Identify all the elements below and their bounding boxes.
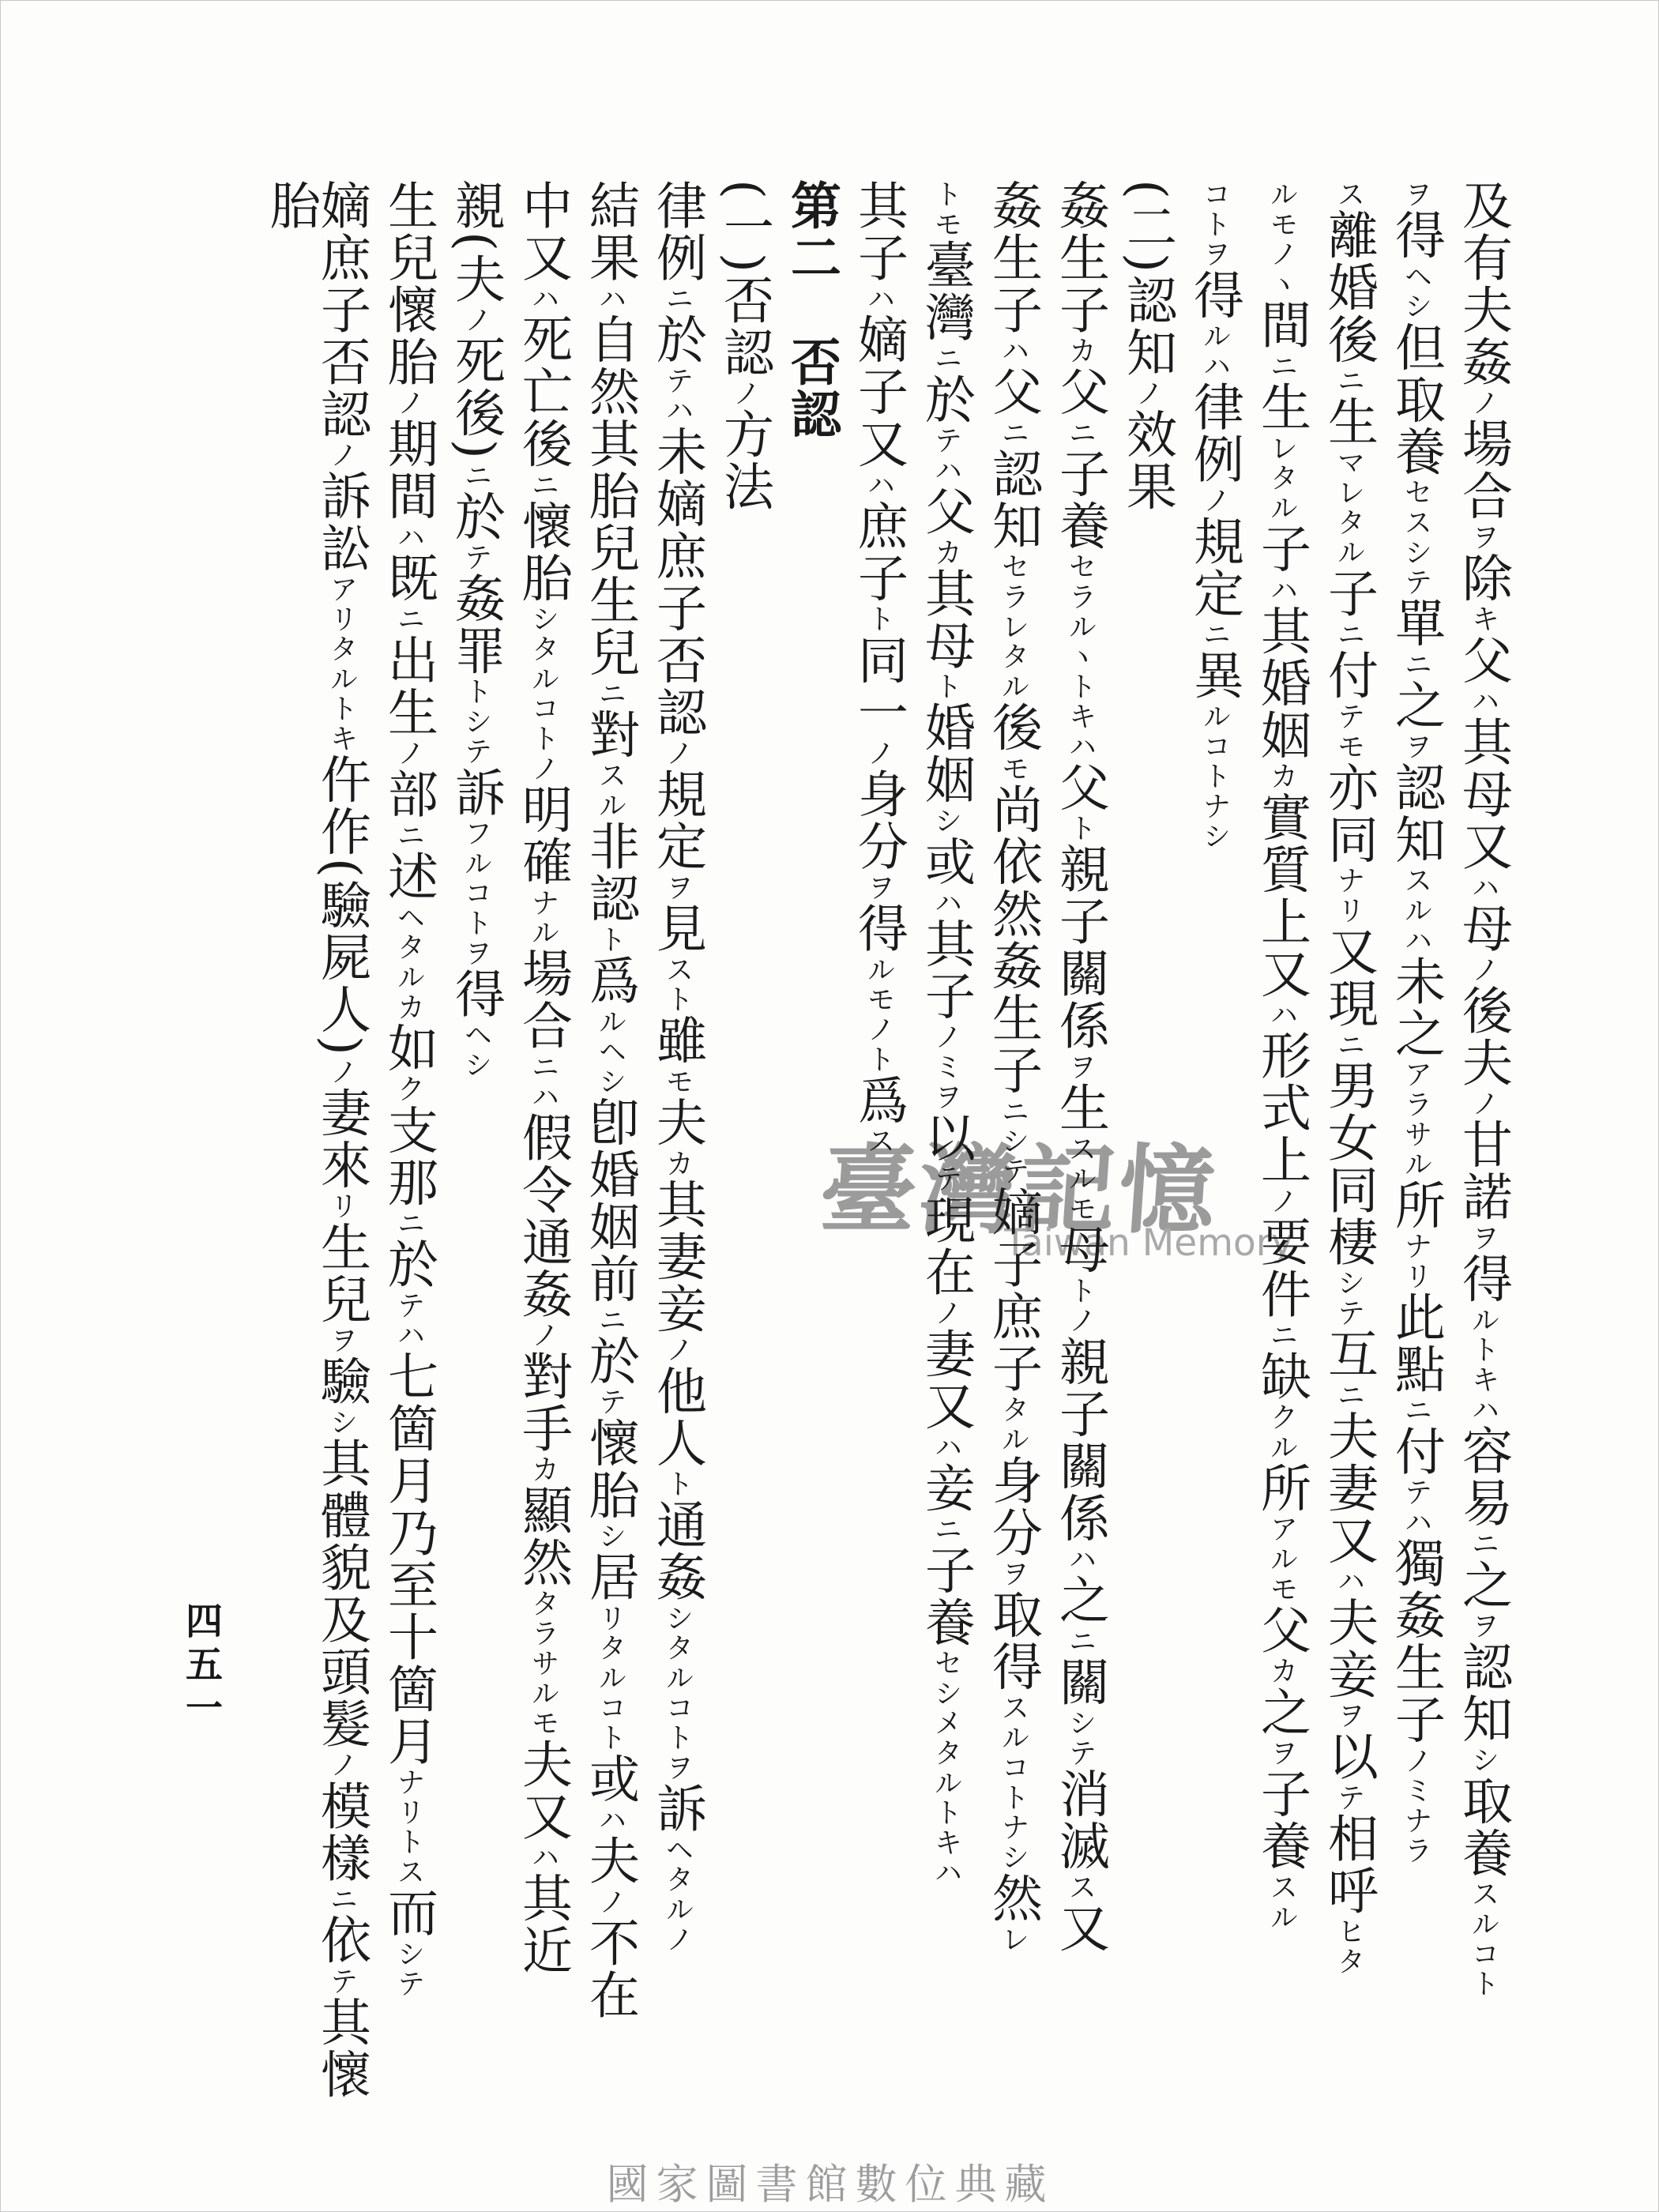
footer-library-credit: 國家圖書館數位典藏	[1, 2151, 1659, 2211]
text-column: ヲ得ヘシ但取養セスシテ單ニ之ヲ認知スルハ未之アラサル所ナリ此點ニ付テハ獨姦生子ノ…	[1390, 179, 1441, 2107]
text-column: ルモノヽ間ニ生レタル子ハ其婚姻カ實質上又ハ形式上ノ要件ニ缺クル所アルモ父カ之ヲ子…	[1256, 179, 1307, 2107]
text-column: 其子ハ嫡子又ハ庶子ト同一ノ身分ヲ得ルモノト爲ス	[853, 179, 904, 2107]
text-column: 生兒懷胎ノ期間ハ既ニ出生ノ部ニ述ヘタルカ如ク支那ニ於テハ七箇月乃至十箇月ナリトス…	[383, 179, 434, 2107]
scanned-document-page: 臺灣記憶 Taiwan Memory 及有夫姦ノ場合ヲ除キ父ハ其母又ハ母ノ後夫ノ…	[0, 0, 1659, 2212]
text-column: 中又ハ死亡後ニ懷胎シタルコトノ明確ナル場合ニハ假令通姦ノ對手カ顯然タラサルモ夫又…	[517, 179, 568, 2107]
vertical-text-columns: 及有夫姦ノ場合ヲ除キ父ハ其母又ハ母ノ後夫ノ甘諾ヲ得ルトキハ容易ニ之ヲ認知シ取養ス…	[249, 179, 1508, 2107]
text-column: 第二 否認	[786, 179, 837, 2107]
page-number: 四五一	[175, 1601, 228, 1732]
text-column: コトヲ得ルハ律例ノ規定ニ異ルコトナシ	[1189, 179, 1240, 2107]
text-column: 及有夫姦ノ場合ヲ除キ父ハ其母又ハ母ノ後夫ノ甘諾ヲ得ルトキハ容易ニ之ヲ認知シ取養ス…	[1458, 179, 1508, 2107]
text-column: (一)否認ノ方法	[719, 179, 769, 2107]
text-column: 姦生子ハ父ニ認知セラレタル後モ尚依然姦生子ニシテ嫡子庶子タル身分ヲ取得スルコトナ…	[987, 179, 1038, 2107]
text-column: トモ臺灣ニ於テハ父カ其母ト婚姻シ或ハ其子ノミヲ以テ現在ノ妻又ハ妾ニ子養セシメタル…	[920, 179, 971, 2107]
text-column: 結果ハ自然其胎兒生兒ニ對スル非認ト爲ルヘシ卽婚姻前ニ於テ懷胎シ居リタルコト或ハ夫…	[585, 179, 635, 2107]
text-column: 嫡庶子否認ノ訴訟アリタルトキ仵作(驗屍人)ノ妻來リ生兒ヲ驗シ其體貌及頭髮ノ模樣ニ…	[265, 179, 367, 2107]
text-column: 姦生子カ父ニ子養セラルヽトキハ父ト親子關係ヲ生スルモ母トノ親子關係ハ之ニ關シテ消…	[1055, 179, 1105, 2107]
text-column: 律例ニ於テハ未嫡庶子否認ノ規定ヲ見スト雖モ夫カ其妻妾ノ他人ト通姦シタルコトヲ訴ヘ…	[652, 179, 702, 2107]
text-column: 親(夫ノ死後)ニ於テ姦罪トシテ訴フルコトヲ得ヘシ	[450, 179, 501, 2107]
text-column: ス離婚後ニ生マレタル子ニ付テモ亦同ナリ又現ニ男女同棲シテ互ニ夫妻又ハ夫妾ヲ以テ相…	[1323, 179, 1374, 2107]
text-column: (二)認知ノ效果	[1122, 179, 1172, 2107]
